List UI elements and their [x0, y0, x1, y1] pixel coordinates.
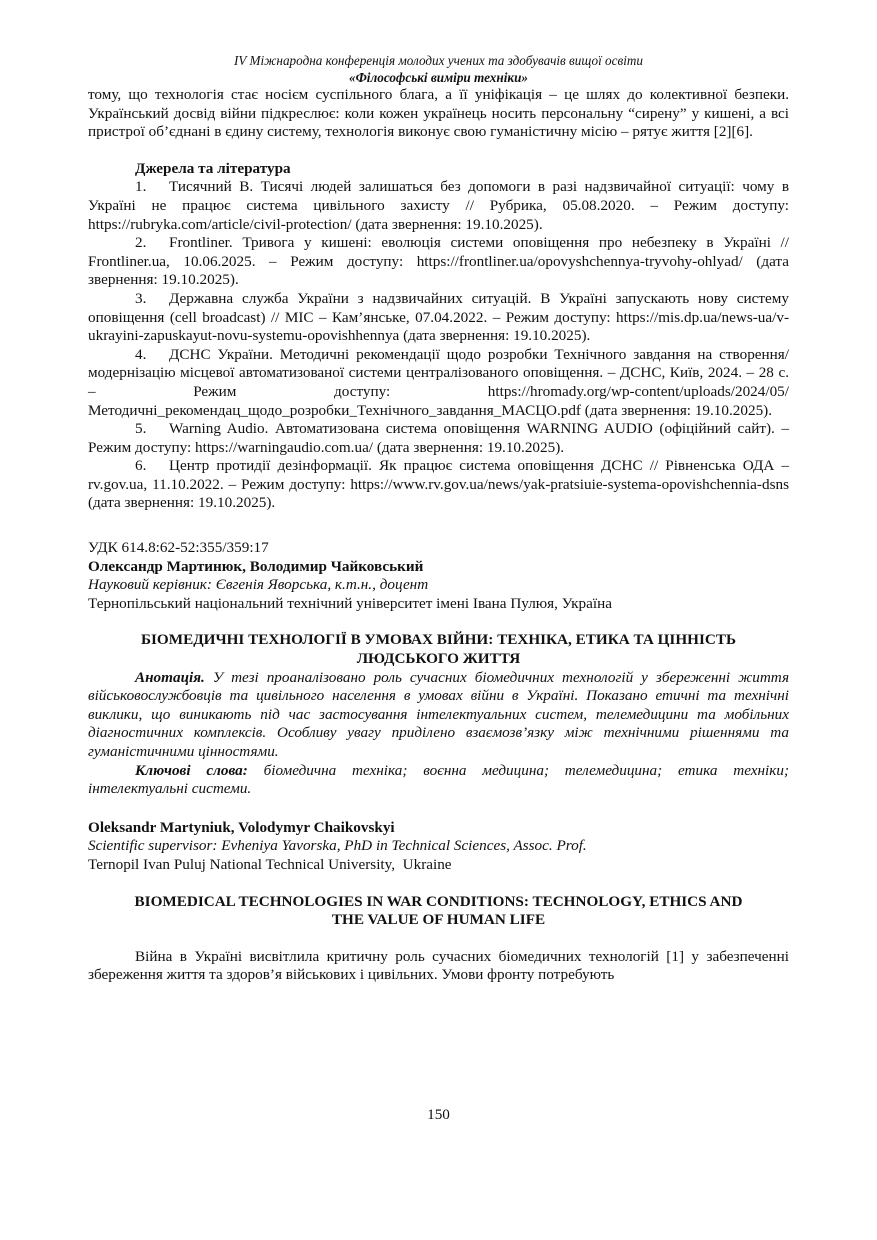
article-title-en: BIOMEDICAL TECHNOLOGIES IN WAR CONDITION… — [88, 893, 789, 930]
reference-text: Warning Audio. Автоматизована система оп… — [88, 420, 789, 456]
continuation-paragraph: тому, що технологія стає носієм суспільн… — [88, 86, 789, 142]
article-title-ua: БІОМЕДИЧНІ ТЕХНОЛОГІЇ В УМОВАХ ВІЙНИ: ТЕ… — [88, 631, 789, 668]
conference-subtitle: «Філософські виміри техніки» — [88, 69, 789, 86]
title-ua-line-1: БІОМЕДИЧНІ ТЕХНОЛОГІЇ В УМОВАХ ВІЙНИ: ТЕ… — [88, 631, 789, 650]
abstract-ua: Анотація. У тезі проаналізовано роль суч… — [88, 669, 789, 762]
reference-number: 1. — [135, 178, 169, 197]
reference-item: 6.Центр протидії дезінформації. Як працю… — [88, 457, 789, 513]
reference-list: 1.Тисячний В. Тисячі людей залишаться бе… — [88, 178, 789, 513]
affiliation-ua: Тернопільський національний технічний ун… — [88, 595, 789, 614]
keywords-label: Ключові слова: — [135, 762, 248, 779]
sources-heading: Джерела та література — [135, 160, 789, 179]
reference-item: 1.Тисячний В. Тисячі людей залишаться бе… — [88, 178, 789, 234]
article-header-ua: УДК 614.8:62-52:355/359:17 Олександр Мар… — [88, 539, 789, 613]
reference-number: 2. — [135, 234, 169, 253]
reference-text: Frontliner. Тривога у кишені: еволюція с… — [88, 234, 789, 288]
reference-number: 4. — [135, 346, 169, 365]
running-head: IV Міжнародна конференція молодих учених… — [88, 52, 789, 86]
reference-number: 5. — [135, 420, 169, 439]
reference-item: 4.ДСНС України. Методичні рекомендації щ… — [88, 346, 789, 420]
title-ua-line-2: ЛЮДСЬКОГО ЖИТТЯ — [88, 650, 789, 669]
reference-item: 2.Frontliner. Тривога у кишені: еволюція… — [88, 234, 789, 290]
body-paragraph: Війна в Україні висвітлила критичну роль… — [88, 948, 789, 985]
reference-text: ДСНС України. Методичні рекомендації щод… — [88, 346, 789, 419]
supervisor-en: Scientific supervisor: Evheniya Yavorska… — [88, 837, 789, 856]
affiliation-en: Ternopil Ivan Puluj National Technical U… — [88, 856, 789, 875]
title-en-line-2: THE VALUE OF HUMAN LIFE — [88, 911, 789, 930]
reference-item: 3.Державна служба України з надзвичайних… — [88, 290, 789, 346]
reference-text: Центр протидії дезінформації. Як працює … — [88, 457, 789, 511]
abstract-label: Анотація. — [135, 669, 205, 686]
authors-ua: Олександр Мартинюк, Володимир Чайковськи… — [88, 558, 789, 577]
reference-text: Тисячний В. Тисячі людей залишаться без … — [88, 178, 789, 232]
supervisor-ua: Науковий керівник: Євгенія Яворська, к.т… — [88, 576, 789, 595]
udc-code: УДК 614.8:62-52:355/359:17 — [88, 539, 789, 558]
article-header-en: Oleksandr Martyniuk, Volodymyr Chaikovsk… — [88, 819, 789, 875]
reference-number: 6. — [135, 457, 169, 476]
authors-en: Oleksandr Martyniuk, Volodymyr Chaikovsk… — [88, 819, 789, 838]
reference-number: 3. — [135, 290, 169, 309]
reference-text: Державна служба України з надзвичайних с… — [88, 290, 789, 344]
page-content: IV Міжнародна конференція молодих учених… — [88, 52, 789, 985]
reference-item: 5.Warning Audio. Автоматизована система … — [88, 420, 789, 457]
keywords-ua: Ключові слова: біомедична техніка; воєнн… — [88, 762, 789, 799]
conference-name: IV Міжнародна конференція молодих учених… — [88, 52, 789, 69]
title-en-line-1: BIOMEDICAL TECHNOLOGIES IN WAR CONDITION… — [88, 893, 789, 912]
page-number: 150 — [0, 1106, 877, 1124]
